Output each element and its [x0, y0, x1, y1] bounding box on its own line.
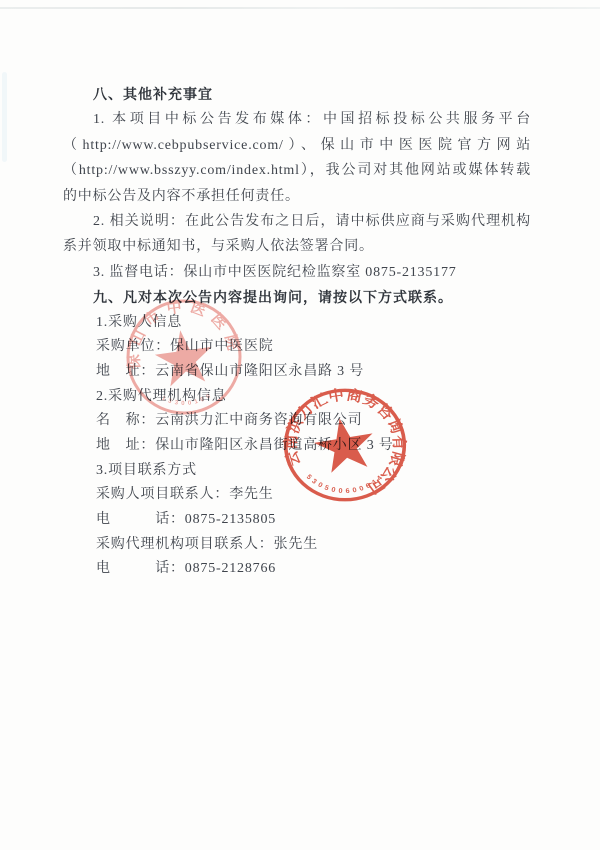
buyer-contact-line: 采购人项目联系人：李先生	[63, 483, 531, 508]
agency-phone-line: 电 话：0875-2128766	[63, 557, 531, 582]
agency-contact-line: 采购代理机构项目联系人：张先生	[63, 533, 531, 558]
scan-artifact-top-edge	[0, 7, 600, 9]
supervision-phone-line: 3. 监督电话：保山市中医医院纪检监察室 0875-2135177	[63, 260, 531, 285]
buyer-info-heading: 1.采购人信息	[63, 311, 531, 336]
media-para-line-4: 的中标公告及内容不承担任何责任。	[63, 184, 531, 209]
contact-heading: 3.项目联系方式	[63, 459, 531, 484]
document-body: 八、其他补充事宜 1. 本项目中标公告发布媒体：中国招标投标公共服务平台 （ht…	[63, 82, 531, 582]
buyer-address-line: 地 址：云南省保山市隆阳区永昌路 3 号	[63, 360, 531, 385]
agency-address-line: 地 址：保山市隆阳区永昌街道高桥小区 3 号	[63, 434, 531, 459]
scanned-document-page: 八、其他补充事宜 1. 本项目中标公告发布媒体：中国招标投标公共服务平台 （ht…	[0, 0, 600, 850]
media-para-line-2: （http://www.cebpubservice.com/）、保山市中医医院官…	[63, 133, 531, 158]
media-para-line-3: （http://www.bsszyy.com/index.html），我公司对其…	[63, 158, 531, 183]
media-para-line-1: 1. 本项目中标公告发布媒体：中国招标投标公共服务平台	[63, 107, 531, 132]
note-para-line-2: 系并领取中标通知书，与采购人依法签署合同。	[63, 234, 531, 259]
scan-artifact-left-smudge	[2, 72, 7, 162]
section8-heading: 八、其他补充事宜	[63, 82, 531, 107]
buyer-unit-line: 采购单位：保山市中医医院	[63, 335, 531, 360]
note-para-line-1: 2. 相关说明：在此公告发布之日后，请中标供应商与采购代理机构联	[63, 209, 531, 234]
section9-heading: 九、凡对本次公告内容提出询问，请按以下方式联系。	[63, 285, 531, 310]
agency-name-line: 名 称：云南洪力汇中商务咨询有限公司	[63, 409, 531, 434]
buyer-phone-line: 电 话：0875-2135805	[63, 508, 531, 533]
agency-info-heading: 2.采购代理机构信息	[63, 385, 531, 410]
